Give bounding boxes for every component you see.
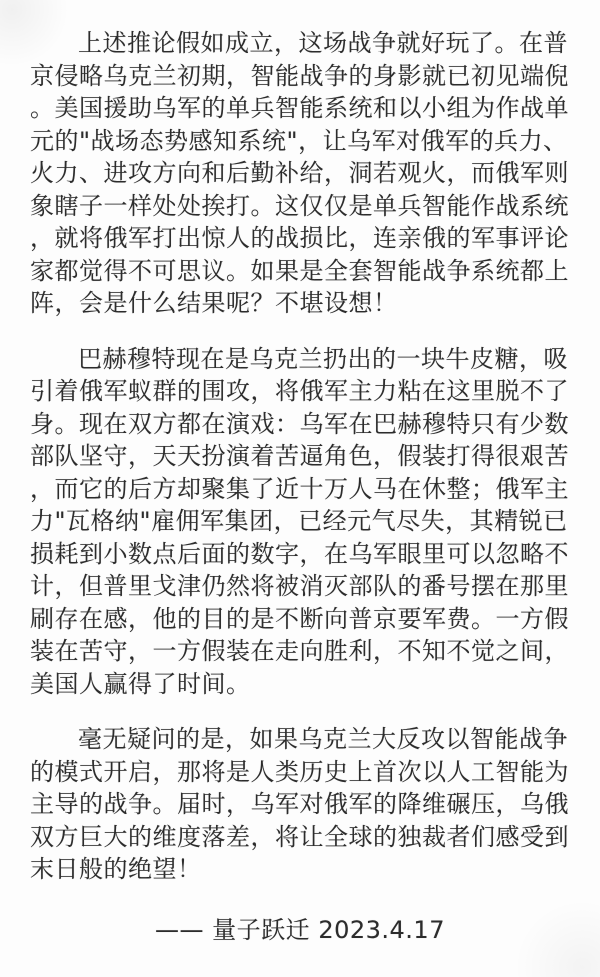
signature-author: 量子跃迁: [212, 916, 310, 944]
signature-date: 2023.4.17: [318, 916, 445, 944]
paragraph-conclusion: 毫无疑问的是，如果乌克兰大反攻以智能战争的模式开启，那将是人类历史上首次以人工智…: [30, 723, 570, 886]
paragraph-bakhmut: 巴赫穆特现在是乌克兰扔出的一块牛皮糖，吸引着俄军蚁群的围攻，将俄军主力粘在这里脱…: [30, 343, 570, 701]
signature-dash: ——: [155, 916, 204, 944]
article-page: 上述推论假如成立，这场战争就好玩了。在普京侵略乌克兰初期，智能战争的身影就已初见…: [0, 0, 600, 977]
signature-line: —— 量子跃迁 2023.4.17: [30, 914, 570, 947]
paragraph-intro: 上述推论假如成立，这场战争就好玩了。在普京侵略乌克兰初期，智能战争的身影就已初见…: [30, 27, 570, 320]
